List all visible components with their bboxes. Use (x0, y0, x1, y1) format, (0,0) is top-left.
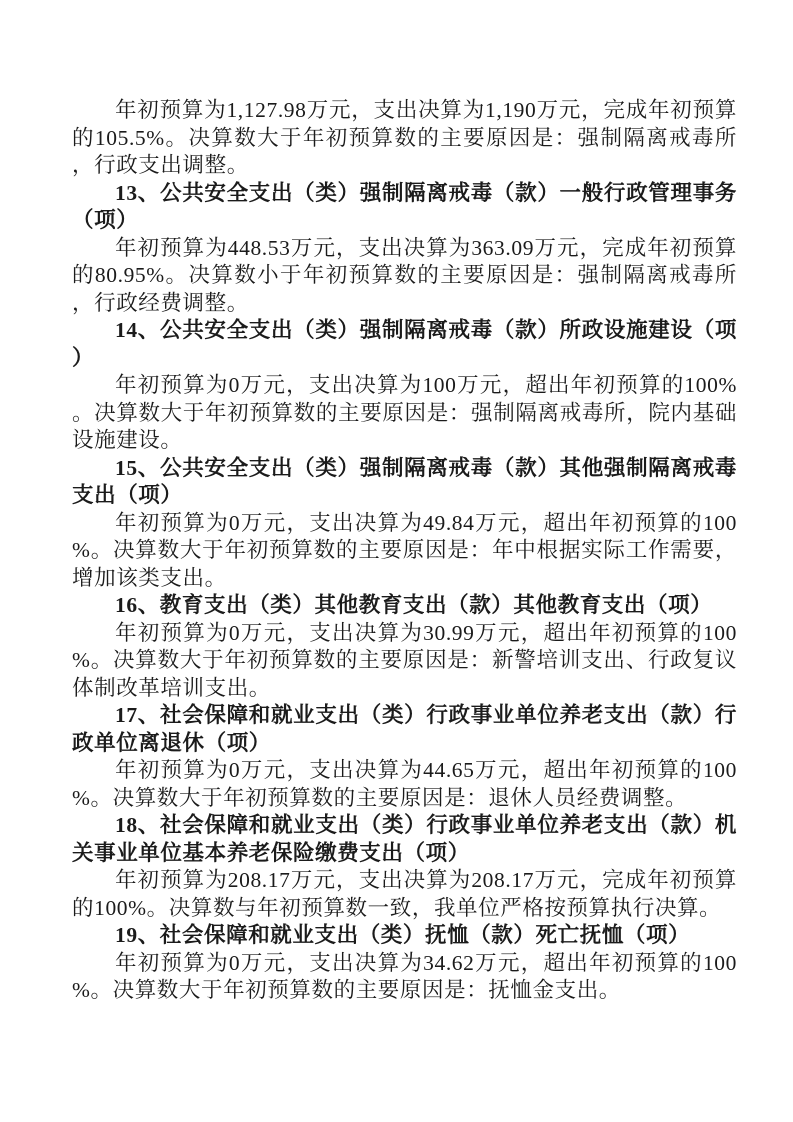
section-paragraph-14: 年初预算为0万元，支出决算为100万元，超出年初预算的100%。决算数大于年初预… (72, 372, 737, 455)
section-paragraph-17: 年初预算为0万元，支出决算为44.65万元，超出年初预算的100%。决算数大于年… (72, 757, 737, 812)
section-paragraph-16: 年初预算为0万元，支出决算为30.99万元，超出年初预算的100%。决算数大于年… (72, 620, 737, 703)
continuation-paragraph: 年初预算为1,127.98万元，支出决算为1,190万元，完成年初预算的105.… (72, 97, 737, 180)
section-heading-16: 16、教育支出（类）其他教育支出（款）其他教育支出（项） (72, 592, 737, 620)
section-heading-13: 13、公共安全支出（类）强制隔离戒毒（款）一般行政管理事务（项） (72, 180, 737, 235)
section-heading-17: 17、社会保障和就业支出（类）行政事业单位养老支出（款）行政单位离退休（项） (72, 702, 737, 757)
document-page: 年初预算为1,127.98万元，支出决算为1,190万元，完成年初预算的105.… (0, 0, 793, 1122)
section-paragraph-15: 年初预算为0万元，支出决算为49.84万元，超出年初预算的100%。决算数大于年… (72, 510, 737, 593)
section-heading-15: 15、公共安全支出（类）强制隔离戒毒（款）其他强制隔离戒毒支出（项） (72, 455, 737, 510)
section-heading-14: 14、公共安全支出（类）强制隔离戒毒（款）所政设施建设（项） (72, 317, 737, 372)
section-paragraph-19: 年初预算为0万元，支出决算为34.62万元，超出年初预算的100%。决算数大于年… (72, 950, 737, 1005)
section-heading-19: 19、社会保障和就业支出（类）抚恤（款）死亡抚恤（项） (72, 922, 737, 950)
section-paragraph-13: 年初预算为448.53万元，支出决算为363.09万元，完成年初预算的80.95… (72, 235, 737, 318)
section-heading-18: 18、社会保障和就业支出（类）行政事业单位养老支出（款）机关事业单位基本养老保险… (72, 812, 737, 867)
section-paragraph-18: 年初预算为208.17万元，支出决算为208.17万元，完成年初预算的100%。… (72, 867, 737, 922)
